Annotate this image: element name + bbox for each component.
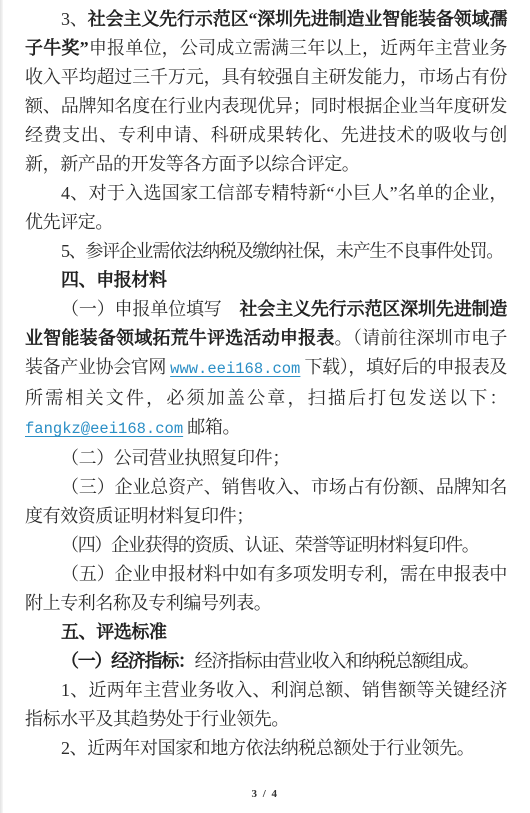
material-item-4: （四）企业获得的资质、认证、荣誉等证明材料复印件。	[25, 531, 507, 560]
document-body: 3、社会主义先行示范区“深圳先进制造业智能装备领域孺子牛奖”申报单位，公司成立需…	[25, 5, 507, 763]
body-text: 1、近两年主营业务收入、利润总额、销售额等关键经济指标水平及其趋势处于行业领先。	[25, 680, 507, 729]
clause-4: 4、对于入选国家工信部专精特新“小巨人”名单的企业，优先评定。	[25, 179, 507, 237]
clause-5: 5、参评企业需依法纳税及缴纳社保，未产生不良事件处罚。	[25, 237, 507, 266]
section-heading-application-materials: 四、申报材料	[25, 266, 507, 295]
body-text: 3、	[61, 9, 88, 29]
material-item-5: （五）企业申报材料中如有多项发明专利，需在申报表中附上专利名称及专利编号列表。	[25, 560, 507, 618]
scan-edge-shadow	[0, 0, 3, 813]
body-text: 经济指标由营业收入和纳税总额组成。	[195, 651, 479, 671]
body-text: （四）企业获得的资质、认证、荣誉等证明材料复印件。	[61, 535, 479, 555]
body-text: 4、对于入选国家工信部专精特新“小巨人”名单的企业，优先评定。	[25, 183, 507, 232]
material-item-2: （二）公司营业执照复印件；	[25, 444, 507, 473]
criteria-economic-2: 2、近两年对国家和地方依法纳税总额处于行业领先。	[25, 734, 507, 763]
email-link[interactable]: fangkz@eei168.com	[25, 420, 183, 438]
page-number: 3 / 4	[0, 788, 530, 800]
criteria-economic-1: 1、近两年主营业务收入、利润总额、销售额等关键经济指标水平及其趋势处于行业领先。	[25, 676, 507, 734]
body-text: 2、近两年对国家和地方依法纳税总额处于行业领先。	[61, 738, 474, 758]
body-text: （五）企业申报材料中如有多项发明专利，需在申报表中附上专利名称及专利编号列表。	[25, 564, 507, 613]
website-link[interactable]: www.eei168.com	[170, 360, 300, 378]
bold-text: 四、申报材料	[61, 270, 167, 290]
body-text: （一）申报单位填写	[61, 299, 240, 319]
body-text: （三）企业总资产、销售收入、市场占有份额、品牌知名度有效资质证明材料复印件；	[25, 477, 507, 526]
bold-text: （一）经济指标：	[61, 651, 195, 671]
material-item-3: （三）企业总资产、销售收入、市场占有份额、品牌知名度有效资质证明材料复印件；	[25, 473, 507, 531]
material-item-1: （一）申报单位填写 社会主义先行示范区深圳先进制造业智能装备领域拓荒牛评选活动申…	[25, 295, 507, 444]
body-text: 5、参评企业需依法纳税及缴纳社保，未产生不良事件处罚。	[61, 241, 503, 261]
body-text: 邮箱。	[183, 417, 240, 437]
section-heading-selection-criteria: 五、评选标准	[25, 618, 507, 647]
criteria-economic-heading: （一）经济指标：经济指标由营业收入和纳税总额组成。	[25, 647, 507, 676]
body-text: 申报单位，公司成立需满三年以上，近两年主营业务收入平均超过三千万元，具有较强自主…	[25, 38, 507, 174]
clause-3: 3、社会主义先行示范区“深圳先进制造业智能装备领域孺子牛奖”申报单位，公司成立需…	[25, 5, 507, 179]
bold-text: 五、评选标准	[61, 622, 167, 642]
body-text: （二）公司营业执照复印件；	[61, 448, 290, 468]
